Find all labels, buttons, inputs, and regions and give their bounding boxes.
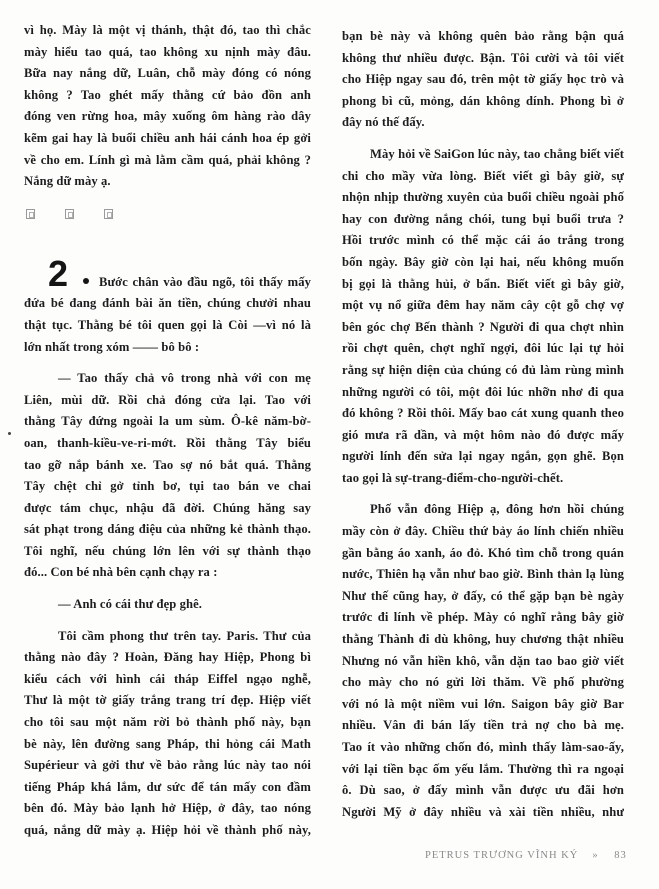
text-line: mầy còn ở đây. Chiều thứ bảy áo lính chi…	[342, 521, 624, 543]
text-line: bị gọi là thằng hủi, ở bẩn. Biết viết gì…	[342, 274, 624, 296]
text-line: nhộn nhịp thường xuyên của buổi chiều ng…	[342, 187, 624, 209]
text-line: bên góc chợ Bến thành ? Người đi qua chợ…	[342, 317, 624, 339]
text-line: đứa bé đang đánh bài ăn tiền, chúng chưở…	[24, 293, 311, 315]
ornament-icon	[26, 209, 35, 219]
text-line: ô. Dù sao, ở đấy mình vẫn được ưu đãi hơ…	[342, 780, 624, 802]
text-line: nhiều. Vân đi bán lấy tiền trả nợ cho bà…	[342, 715, 624, 737]
text-line: nước, Thiên hạ vẫn như bao giờ. Bình thả…	[342, 564, 624, 586]
right-column: bạn bè này và không quên bảo rằng bận qu…	[342, 26, 624, 823]
text-line: tiếng Pháp khá lắm, dư sức để tán mấy co…	[24, 777, 311, 799]
text-line: Liên, mùi dữ. Rồi chả đóng cửa lại. Tao …	[24, 390, 311, 412]
text-line: một vụ nổ giữa đêm hay năm cây cột gỗ ch…	[342, 295, 624, 317]
page-number: 83	[614, 850, 627, 861]
text-line: bên đó. Mày bảo lạnh hở Hiệp, ở đây, tao…	[24, 798, 311, 820]
paragraph-r3: Phố vẫn đông Hiệp ạ, đông hơn hồi chúng …	[342, 499, 624, 823]
text-line: Tôi nghĩ, nếu chúng lớn lên với sự thành…	[24, 541, 311, 563]
text-line: vì họ. Mày là một vị thánh, thật đó, tao…	[24, 20, 311, 42]
paragraph-4-dialogue: — Anh có cái thư đẹp ghê.	[24, 594, 311, 616]
text-line: Tao ít vào những chốn đó, mình thấy làm-…	[342, 737, 624, 759]
text-line: gần bằng áo xanh, áo đỏ. Khó tìm chỗ tro…	[342, 543, 624, 565]
text-line: Tôi cầm phong thư trên tay. Paris. Thư c…	[24, 626, 311, 648]
text-line: oan, thanh-kiều-ve-ri-mớt. Rồi thằng Tây…	[24, 433, 311, 455]
text-line: Phố vẫn đông Hiệp ạ, đông hơn hồi chúng	[342, 499, 624, 521]
margin-speck	[8, 432, 11, 435]
text-line: chi cho mầy vừa lòng. Biết viết gì bây g…	[342, 166, 624, 188]
footer-separator-icon: »	[592, 850, 598, 861]
text-line: Nhưng nó vẫn hiền khô, vẫn dặn tao bao g…	[342, 651, 624, 673]
text-line: bạn bè này và không quên bảo rằng bận qu…	[342, 26, 624, 48]
left-column: vì họ. Mày là một vị thánh, thật đó, tao…	[24, 20, 311, 842]
text-line: đó... Con bé nhà bên cạnh chạy ra :	[24, 562, 311, 584]
text-line: Như thế cũng hay, ở đấy, có thể gặp bạn …	[342, 586, 624, 608]
text-line: không thư nhiều được. Bận. Tôi cười và t…	[342, 48, 624, 70]
ornament-icon	[65, 209, 74, 219]
text-line: — Anh có cái thư đẹp ghê.	[24, 594, 311, 616]
text-line: với lại tiền bạc ốm yếu lắm. Thường thì …	[342, 759, 624, 781]
text-line: — Tao thấy chả vô trong nhà với con mẹ	[24, 368, 311, 390]
text-line: đây nó thế đấy.	[342, 112, 624, 134]
text-line: trước đi lính về phép. Mày có nghĩ rằng …	[342, 607, 624, 629]
section-bullet-icon	[83, 278, 89, 284]
section-2-opening: 2 Bước chân vào đầu ngõ, tôi thấy mấy	[24, 259, 311, 294]
text-line: bè này, lên đường sang Pháp, thi hỏng cá…	[24, 734, 311, 756]
section-break-ornaments	[24, 203, 311, 225]
text-line: mày hiểu tao quá, tao không xu nịnh mày …	[24, 42, 311, 64]
text-line: không ? Tao ghét mấy thằng cứ bảo đồn an…	[24, 85, 311, 107]
text-line: thằng Thành đi dù không, huy chương thật…	[342, 629, 624, 651]
text-line: Bước chân vào đầu ngõ, tôi thấy mấy	[99, 272, 311, 294]
ornament-icon	[104, 209, 113, 219]
text-line: rằng sự hiện diện của chúng có đủ làm rù…	[342, 360, 624, 382]
paragraph-r2: Mày hỏi về SaiGon lúc này, tao chẳng biế…	[342, 144, 624, 490]
running-head: PETRUS TRƯƠNG VĨNH KÝ	[425, 850, 578, 861]
text-line: cho mày cho nó gửi lời thăm. Về phố phườ…	[342, 672, 624, 694]
book-page: vì họ. Mày là một vị thánh, thật đó, tao…	[0, 0, 659, 889]
text-line: với nó là một niềm vui lớn. Saigon bây g…	[342, 694, 624, 716]
text-line: thằng Tây đứng ngoài la um sùm. Ô-kê năm…	[24, 411, 311, 433]
text-line: lớn nhất trong xóm —— bô bô :	[24, 337, 311, 359]
text-line: Thư là một tờ giấy trắng trang trí đẹp. …	[24, 690, 311, 712]
text-line: cho Hiệp ngay sau đó, trên một tờ giấy h…	[342, 69, 624, 91]
text-line: rồi chợt quên, chợt nghĩ ngợi, đôi lúc l…	[342, 338, 624, 360]
section-number: 2	[24, 259, 82, 289]
text-line: thằng nào đây ? Hoàn, Đăng hay Hiệp, Pho…	[24, 647, 311, 669]
text-line: Nắng dữ mày ạ.	[24, 171, 311, 193]
paragraph-2: đứa bé đang đánh bài ăn tiền, chúng chưở…	[24, 293, 311, 358]
text-line: tao gỡ nắp bánh xe. Tao sợ nó bắt quá. T…	[24, 455, 311, 477]
text-line: về cho em. Lính gì mà lằm cầm quá, phải …	[24, 150, 311, 172]
text-line: quá, nắng dữ mày ạ. Hiệp hỏi về thành ph…	[24, 820, 311, 842]
text-line: Bữa nay nắng dữ, Luân, chỗ mày đóng có n…	[24, 63, 311, 85]
text-line: người lính đến sửa lại ngay ngắn, gọn gh…	[342, 446, 624, 468]
text-line: Người Mỹ ở đây nhiều và xài tiền nhiều, …	[342, 802, 624, 824]
text-line: gió mưa rã dần, và một hôm nào đó được m…	[342, 425, 624, 447]
text-line: những người có tôi, một đôi lúc nhỡn nhơ…	[342, 382, 624, 404]
text-line: cho tôi sau một năm rời bỏ thành phố này…	[24, 712, 311, 734]
text-line: đóng ven rừng hoa, mây xuống ôm hàng rào…	[24, 106, 311, 128]
text-line: hay con đường nắng chói, tung bụi buổi t…	[342, 209, 624, 231]
text-line: thật tục. Thằng bé tôi quen gọi là Còi —…	[24, 315, 311, 337]
paragraph-r1: bạn bè này và không quên bảo rằng bận qu…	[342, 26, 624, 134]
paragraph-1: vì họ. Mày là một vị thánh, thật đó, tao…	[24, 20, 311, 193]
text-line: sát phạt trong dáng điệu của những kẻ th…	[24, 519, 311, 541]
text-line: Hồi trước mình có thể mặc cái áo trắng t…	[342, 230, 624, 252]
paragraph-3-dialogue: — Tao thấy chả vô trong nhà với con mẹ L…	[24, 368, 311, 584]
text-line: Tây chệt chỉ gở tỉnh bơ, tụi tao bán ve …	[24, 476, 311, 498]
text-line: Supérieur và gởi thư về bảo rằng lúc này…	[24, 755, 311, 777]
running-footer: PETRUS TRƯƠNG VĨNH KÝ » 83	[425, 850, 625, 861]
text-line: tao gọi là sự-trang-điểm-cho-người-chết.	[342, 468, 624, 490]
text-line: Mày hỏi về SaiGon lúc này, tao chẳng biế…	[342, 144, 624, 166]
text-line: đó không ? Rồi thôi. Mấy bao cát xung qu…	[342, 403, 624, 425]
text-line: phong bì cũ, mỏng, dán không dính. Phong…	[342, 91, 624, 113]
text-line: kẽm gai hay là buổi chiều anh hái cánh h…	[24, 128, 311, 150]
paragraph-5: Tôi cầm phong thư trên tay. Paris. Thư c…	[24, 626, 311, 842]
text-line: được tám chục, nhậu đã đời. Chúng hăng s…	[24, 498, 311, 520]
text-line: bốn ngày. Bây giờ còn lại hai, nếu không…	[342, 252, 624, 274]
text-line: kiểu cách với hình cái tháp Eiffel ngạo …	[24, 669, 311, 691]
